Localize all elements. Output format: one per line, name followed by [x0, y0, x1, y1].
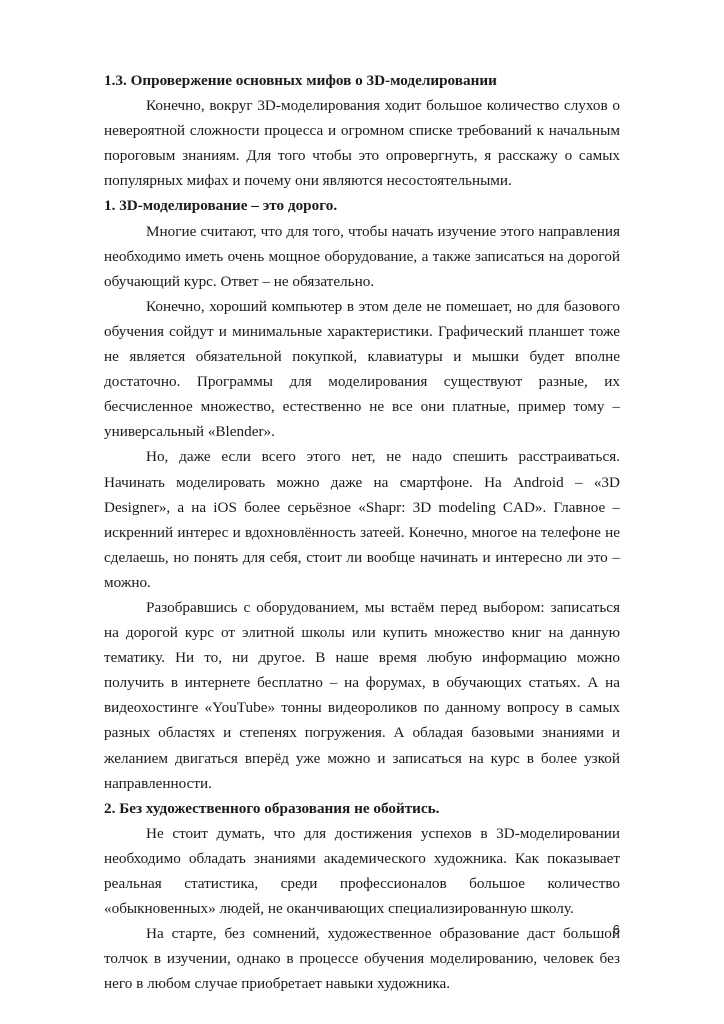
myth-2-paragraph-1: Не стоит думать, что для достижения успе…: [104, 821, 620, 921]
intro-paragraph: Конечно, вокруг 3D-моделирования ходит б…: [104, 93, 620, 193]
myth-1-paragraph-1: Многие считают, что для того, чтобы нача…: [104, 219, 620, 294]
myth-1-paragraph-3: Но, даже если всего этого нет, не надо с…: [104, 444, 620, 595]
document-page: 1.3. Опровержение основных мифов о 3D-мо…: [0, 0, 724, 1024]
myth-1-paragraph-2: Конечно, хороший компьютер в этом деле н…: [104, 294, 620, 445]
myth-2-paragraph-2: На старте, без сомнений, художественное …: [104, 921, 620, 996]
page-number: 6: [606, 922, 620, 937]
myth-2-heading: 2. Без художественного образования не об…: [104, 796, 620, 821]
myth-1-heading: 1. 3D-моделирование – это дорого.: [104, 193, 620, 218]
section-title: 1.3. Опровержение основных мифов о 3D-мо…: [104, 68, 620, 93]
page-body: 1.3. Опровержение основных мифов о 3D-мо…: [104, 68, 620, 996]
myth-1-paragraph-4: Разобравшись с оборудованием, мы встаём …: [104, 595, 620, 796]
